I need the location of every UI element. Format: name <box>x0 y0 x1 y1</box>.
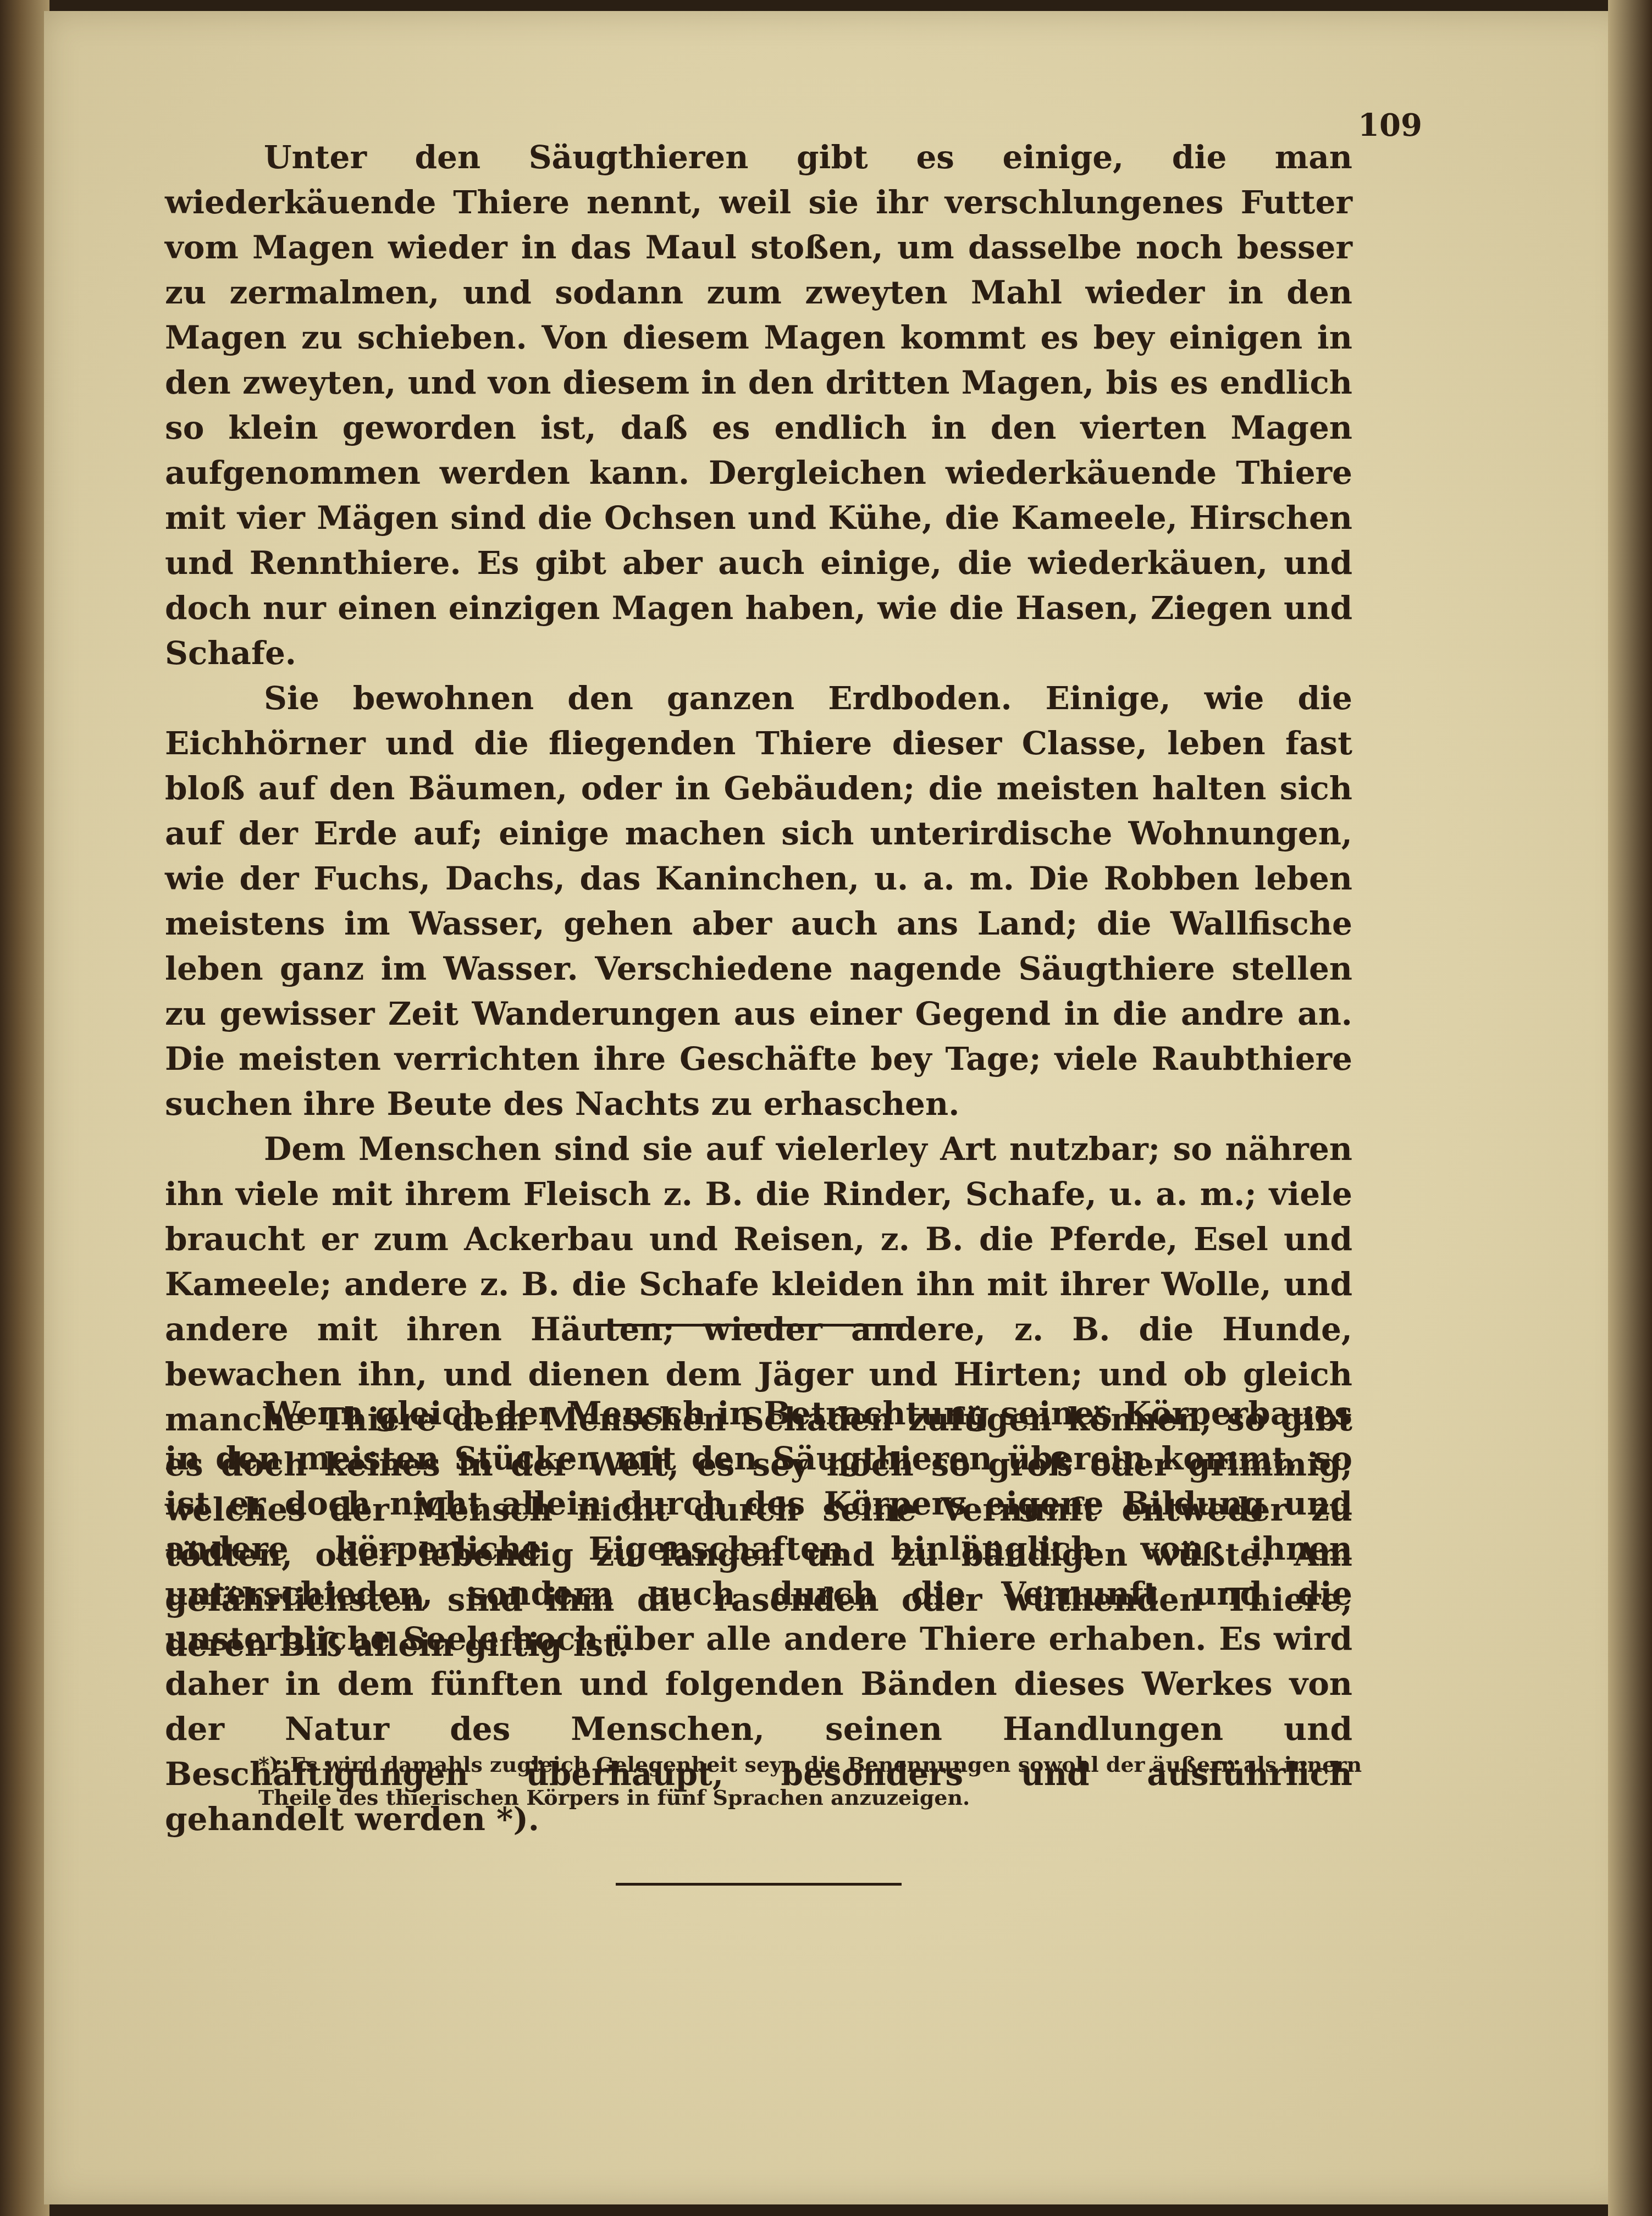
end-divider <box>616 1883 902 1886</box>
book-spine <box>0 0 49 2216</box>
page-number: 109 <box>1358 107 1422 143</box>
footnote: *)Es wird damahls zugleich Gelegenheit s… <box>258 1748 1440 1814</box>
page-edge <box>1608 0 1652 2216</box>
footnote-text: Es wird damahls zugleich Gelegenheit sey… <box>258 1752 1362 1810</box>
paragraph: Sie bewohnen den ganzen Erdboden. Einige… <box>165 676 1352 1126</box>
footnote-marker: *) <box>258 1752 279 1777</box>
paragraph: Unter den Säugthieren gibt es einige, di… <box>165 135 1352 676</box>
section-divider <box>599 1324 907 1327</box>
